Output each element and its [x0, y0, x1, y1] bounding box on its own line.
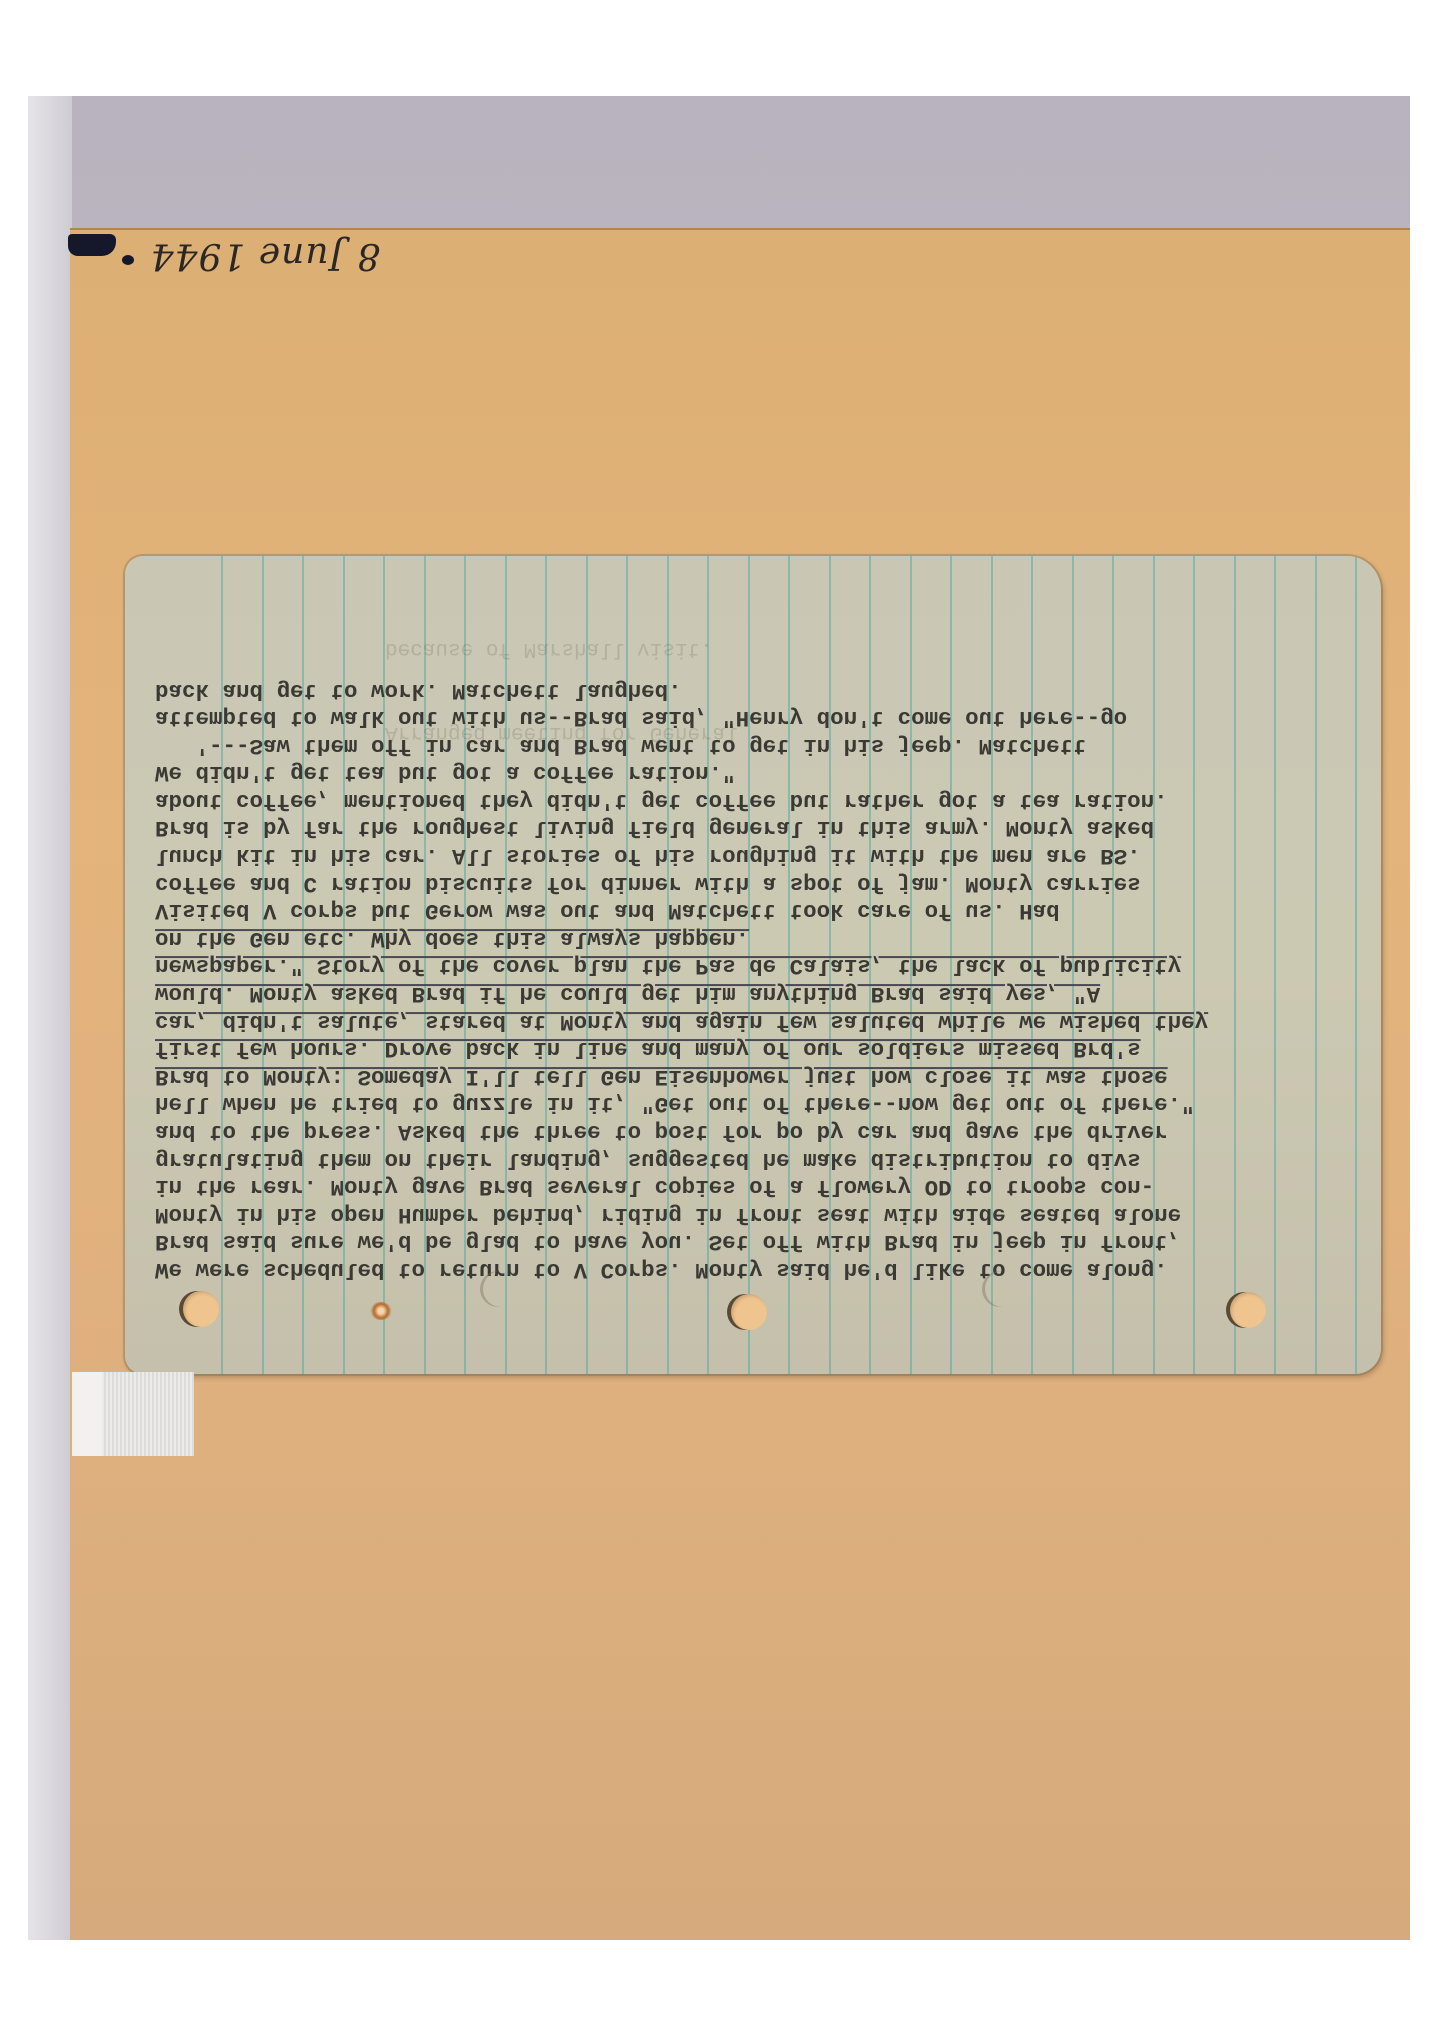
typed-line: about coffee, mentioned they didn't get …	[155, 786, 1350, 814]
typed-line: car, didn't salute, stared at Monty and …	[155, 1007, 1350, 1035]
typed-line: Brad is by far the roughest living field…	[155, 814, 1350, 842]
typed-line: Brad to Monty: Someday I'll tell Gen Eis…	[155, 1062, 1350, 1090]
photo-left-edge	[28, 96, 72, 1940]
adhesive-tape	[72, 1372, 194, 1456]
ink-blot-mark	[68, 234, 116, 256]
typed-note-card: Arranged meeting for General because of …	[125, 556, 1381, 1374]
typed-line: '---Saw them off in car and Brad went to…	[155, 731, 1350, 759]
typed-line: lunch kit in his car. All stories of his…	[155, 842, 1350, 870]
punch-hole-faint	[985, 1271, 1021, 1307]
typed-line: attempted to walk out with us--Brad said…	[155, 704, 1350, 732]
typed-line: back and get to work. Matchett laughed.	[155, 676, 1350, 704]
bleed-line: because of Marshall visit.	[385, 634, 1285, 662]
typed-line: coffee and C ration biscuits for dinner …	[155, 869, 1350, 897]
punch-hole	[1230, 1292, 1266, 1328]
typed-line: Monty in his open Humber behind, riding …	[155, 1200, 1350, 1228]
typed-line: in the rear. Monty gave Brad several cop…	[155, 1173, 1350, 1201]
handwritten-date: 8 June 1944	[140, 230, 390, 280]
typed-line: We were scheduled to return to V Corps. …	[155, 1255, 1350, 1283]
typed-line: hell when he tried to guzzle in it, "Get…	[155, 1090, 1350, 1118]
ruled-line	[1355, 556, 1357, 1374]
typed-line: Visited V corps but Gerow was out and Ma…	[155, 897, 1350, 925]
typed-line: newspaper." Story of the cover plan the …	[155, 952, 1350, 980]
punch-hole	[731, 1294, 767, 1330]
typed-line: Brad said sure we'd be glad to have you.…	[155, 1228, 1350, 1256]
typed-text-block: We were scheduled to return to V Corps. …	[155, 676, 1350, 1283]
punch-hole	[183, 1291, 219, 1327]
rust-stain	[370, 1302, 392, 1320]
ink-dot-mark	[122, 255, 134, 265]
punch-hole-faint	[483, 1271, 519, 1307]
typed-line: gratulating them on their landing, sugge…	[155, 1145, 1350, 1173]
typed-line: and to the press. Asked the three to pos…	[155, 1118, 1350, 1146]
typed-line: first few hours. Drove back in line and …	[155, 1035, 1350, 1063]
typed-line: on the Gen etc. Why does this always hap…	[155, 924, 1350, 952]
typed-line: would. Monty asked Brad if he could get …	[155, 980, 1350, 1008]
typed-line: We didn't get tea but got a coffee ratio…	[155, 759, 1350, 787]
